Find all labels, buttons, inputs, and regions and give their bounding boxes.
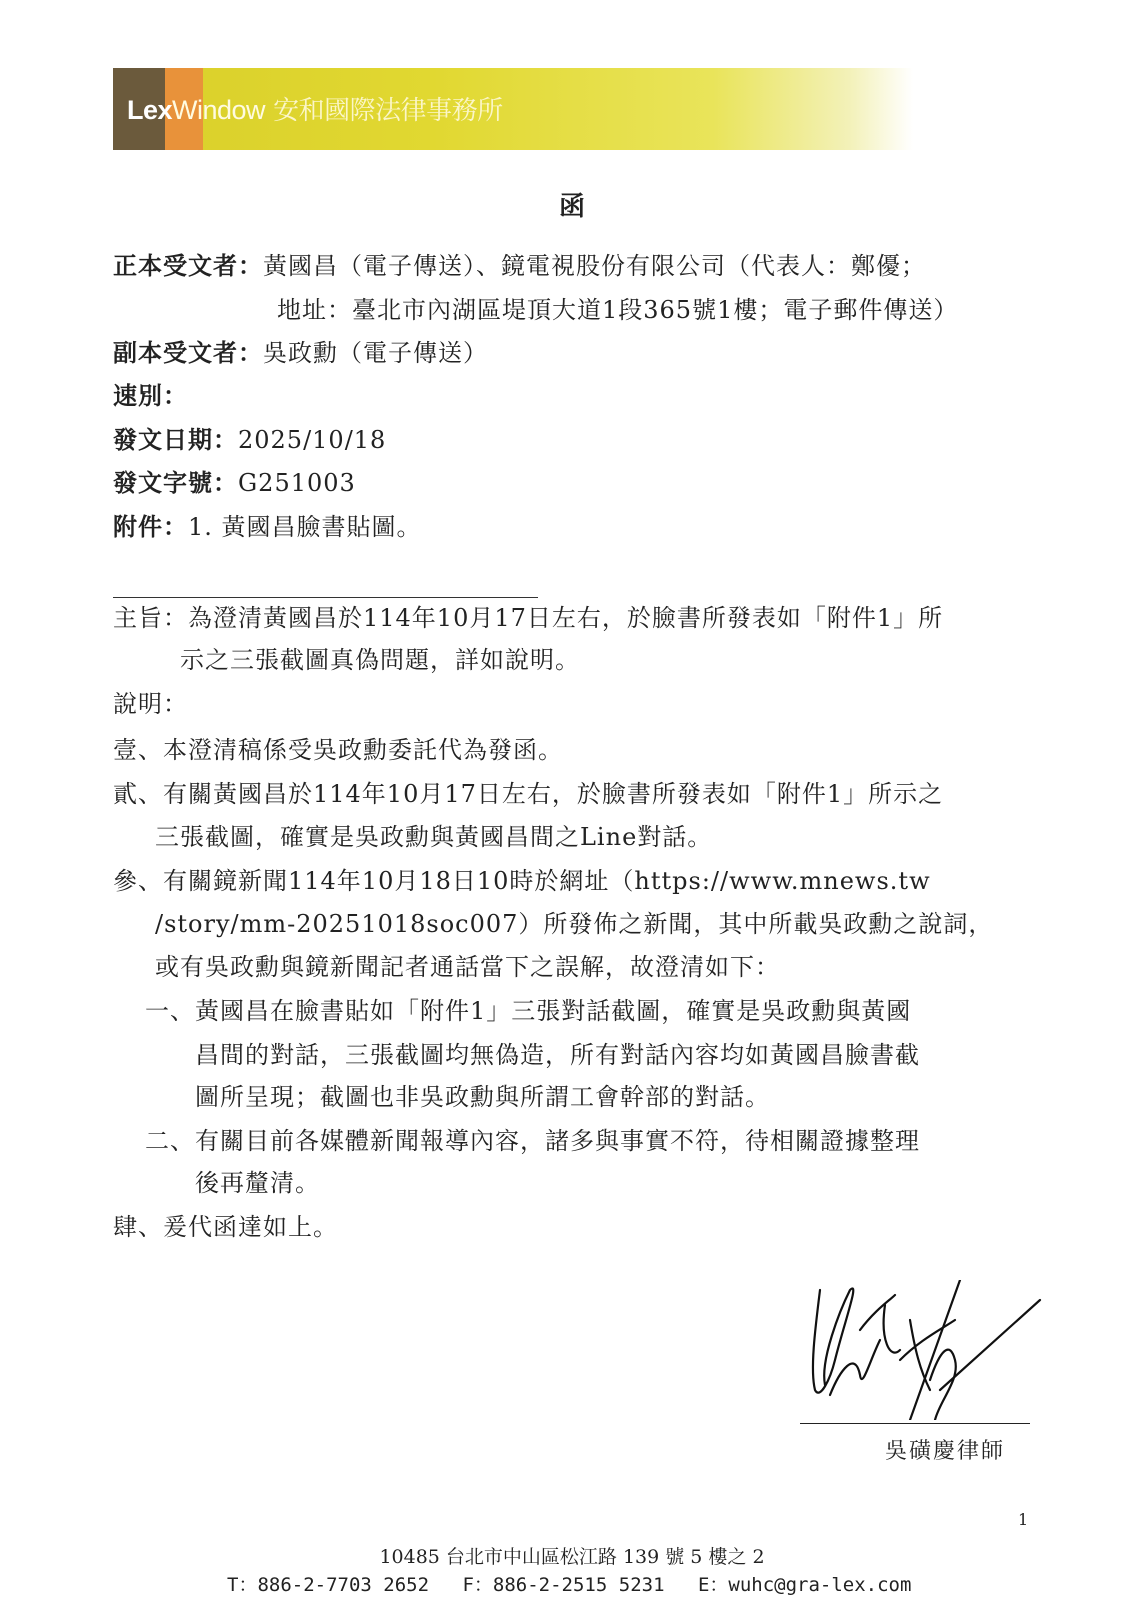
sub-item-2-line-2: 後再釐清。 — [195, 1163, 320, 1198]
speed-label: 速別： — [113, 381, 188, 410]
ref-value: G251003 — [238, 469, 356, 497]
cc-row: 副本受文者：吳政勳（電子傳送） — [113, 333, 488, 368]
firm-name: 安和國際法律事務所 — [273, 95, 503, 125]
brand-window: Window — [172, 95, 265, 125]
sub-item-1-line-1: 一、黃國昌在臉書貼如「附件1」三張對話截圖，確實是吳政勳與黃國 — [145, 991, 911, 1026]
footer-tel: T：886-2-7703 2652 — [227, 1574, 429, 1596]
attachment-value: 1. 黃國昌臉書貼圖。 — [188, 513, 422, 541]
subject-line-2: 示之三張截圖真偽問題，詳如說明。 — [180, 640, 580, 675]
handwritten-signature — [800, 1280, 1100, 1420]
footer-fax: F：886-2-2515 5231 — [462, 1574, 664, 1596]
item-3-line-2: /story/mm-20251018soc007）所發佈之新聞，其中所載吳政勳之… — [155, 904, 993, 939]
item-1: 壹、本澄清稿係受吳政勳委託代為發函。 — [113, 730, 563, 765]
recipient-value: 黃國昌（電子傳送）、鏡電視股份有限公司（代表人：鄭優； — [263, 252, 926, 280]
cc-label: 副本受文者： — [113, 338, 263, 367]
ref-row: 發文字號：G251003 — [113, 463, 356, 498]
item-4: 肆、爰代函達如上。 — [113, 1207, 338, 1242]
sub-item-1-line-3: 圖所呈現；截圖也非吳政勳與所謂工會幹部的對話。 — [195, 1077, 770, 1112]
cc-value: 吳政勳（電子傳送） — [263, 339, 488, 367]
footer-address: 10485 台北市中山區松江路 139 號 5 樓之 2 — [0, 1542, 1144, 1569]
brand-lex: Lex — [127, 95, 172, 125]
item-3-line-3: 或有吳政勳與鏡新聞記者通話當下之誤解，故澄清如下： — [155, 947, 780, 982]
date-row: 發文日期：2025/10/18 — [113, 420, 386, 455]
item-2-line-2: 三張截圖，確實是吳政勳與黃國昌間之Line對話。 — [155, 817, 712, 852]
date-value: 2025/10/18 — [238, 426, 386, 454]
footer-contact: T：886-2-7703 2652 F：886-2-2515 5231 E：wu… — [227, 1570, 933, 1597]
signature-line — [800, 1423, 1030, 1424]
ref-label: 發文字號： — [113, 468, 238, 497]
recipient-address: 地址：臺北市內湖區堤頂大道1段365號1樓；電子郵件傳送） — [277, 290, 958, 325]
document-title: 函 — [0, 186, 1144, 223]
item-3-line-1: 參、有關鏡新聞114年10月18日10時於網址（https://www.mnew… — [113, 861, 931, 896]
recipient-row: 正本受文者：黃國昌（電子傳送）、鏡電視股份有限公司（代表人：鄭優； — [113, 246, 926, 281]
letterhead-banner: LexWindow安和國際法律事務所 — [113, 68, 913, 150]
attachment-row: 附件：1. 黃國昌臉書貼圖。 — [113, 507, 422, 542]
date-label: 發文日期： — [113, 425, 238, 454]
sub-item-2-line-1: 二、有關目前各媒體新聞報導內容，諸多與事實不符，待相關證據整理 — [145, 1121, 920, 1156]
page-number: 1 — [1018, 1510, 1028, 1529]
footer-email: E：wuhc@gra-lex.com — [698, 1574, 911, 1596]
firm-logo: LexWindow安和國際法律事務所 — [127, 90, 503, 127]
recipient-label: 正本受文者： — [113, 251, 263, 280]
item-2-line-1: 貳、有關黃國昌於114年10月17日左右，於臉書所發表如「附件1」所示之 — [113, 774, 943, 809]
subject-line-1: 主旨：為澄清黃國昌於114年10月17日左右，於臉書所發表如「附件1」所 — [113, 598, 943, 633]
signer-name: 吳磺慶律師 — [885, 1434, 1005, 1465]
sub-item-1-line-2: 昌間的對話，三張截圖均無偽造，所有對話內容均如黃國昌臉書截 — [195, 1035, 920, 1070]
speed-row: 速別： — [113, 376, 188, 411]
explanation-label: 說明： — [113, 684, 188, 719]
attachment-label: 附件： — [113, 512, 188, 541]
